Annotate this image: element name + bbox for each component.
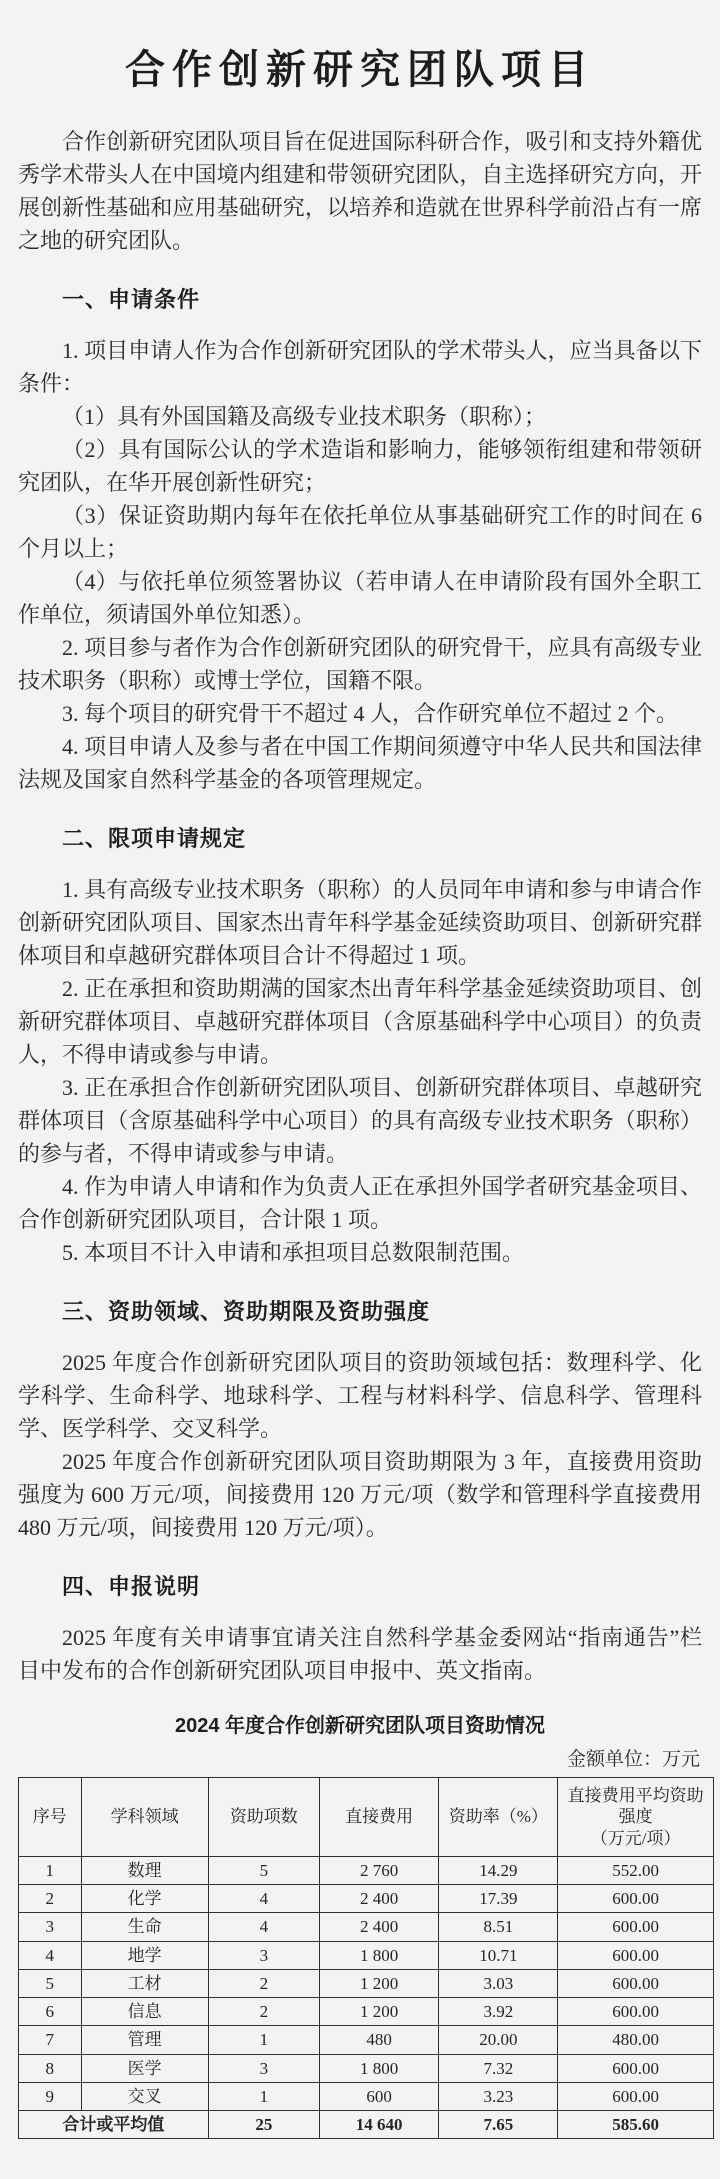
table-header-cell: 资助率（%） [439,1778,558,1857]
table-cell-field: 管理 [81,2026,208,2054]
paragraph: （1）具有外国国籍及高级专业技术职务（职称）； [18,400,702,433]
table-cell-rate: 3.23 [439,2082,558,2110]
table-header-row: 序号 学科领域 资助项数 直接费用 资助率（%） 直接费用平均资助强度 （万元/… [19,1778,714,1857]
table-header-cell: 序号 [19,1778,82,1857]
table-cell-avg: 600.00 [558,2082,714,2110]
paragraph: 3. 正在承担合作创新研究团队项目、创新研究群体项目、卓越研究群体项目（含原基础… [18,1071,702,1170]
table-cell-seq: 3 [19,1913,82,1941]
table-cell-seq: 5 [19,1969,82,1997]
paragraph: （4）与依托单位须签署协议（若申请人在申请阶段有国外全职工作单位，须请国外单位知… [18,565,702,631]
table-cell-field: 工材 [81,1969,208,1997]
paragraph: （2）具有国际公认的学术造诣和影响力，能够领衔组建和带领研究团队，在华开展创新性… [18,433,702,499]
table-cell-seq: 1 [19,1856,82,1884]
table-cell-seq: 4 [19,1941,82,1969]
table-cell-rate: 3.92 [439,1998,558,2026]
table-cell-rate: 10.71 [439,1941,558,1969]
table-cell-avg: 600.00 [558,1885,714,1913]
table-cell-direct-cost: 2 400 [319,1885,439,1913]
paragraph: 5. 本项目不计入申请和承担项目总数限制范围。 [18,1236,702,1269]
paragraph: 2025 年度有关申请事宜请关注自然科学基金委网站“指南通告”栏目中发布的合作创… [18,1621,702,1687]
table-cell-count: 3 [208,1941,319,1969]
table-cell-field: 生命 [81,1913,208,1941]
table-cell-count: 5 [208,1856,319,1884]
paragraph: 2025 年度合作创新研究团队项目的资助领域包括：数理科学、化学科学、生命科学、… [18,1346,702,1445]
section-heading-application-conditions: 一、申请条件 [18,283,702,314]
paragraph: 4. 项目申请人及参与者在中国工作期间须遵守中华人民共和国法律法规及国家自然科学… [18,730,702,796]
table-header-cell: 直接费用 [319,1778,439,1857]
paragraph: 4. 作为申请人申请和作为负责人正在承担外国学者研究基金项目、合作创新研究团队项… [18,1170,702,1236]
table-header-cell: 直接费用平均资助强度 （万元/项） [558,1778,714,1857]
table-header-cell: 学科领域 [81,1778,208,1857]
table-title: 2024 年度合作创新研究团队项目资助情况 [18,1709,702,1738]
table-cell-count: 1 [208,2026,319,2054]
table-cell-rate: 17.39 [439,1885,558,1913]
table-cell-direct-cost: 1 800 [319,2054,439,2082]
table-header-cell-main: 直接费用平均资助强度 [560,1785,711,1828]
table-cell-field: 交叉 [81,2082,208,2110]
table-cell-direct-cost: 2 760 [319,1856,439,1884]
table-cell-seq: 6 [19,1998,82,2026]
paragraph: （3）保证资助期内每年在依托单位从事基础研究工作的时间在 6 个月以上； [18,499,702,565]
document-page: 合作创新研究团队项目 合作创新研究团队项目旨在促进国际科研合作，吸引和支持外籍优… [0,0,720,2179]
page-title: 合作创新研究团队项目 [18,38,702,95]
paragraph: 2. 项目参与者作为合作创新研究团队的研究骨干，应具有高级专业技术职务（职称）或… [18,631,702,697]
table-cell-count: 1 [208,2082,319,2110]
table-total-direct-cost: 14 640 [319,2111,439,2139]
table-row: 5 工材 2 1 200 3.03 600.00 [19,1969,714,1997]
table-cell-rate: 8.51 [439,1913,558,1941]
table-header-cell-sub: （万元/项） [560,1828,711,1849]
table-cell-seq: 9 [19,2082,82,2110]
table-cell-avg: 600.00 [558,1998,714,2026]
table-cell-count: 2 [208,1969,319,1997]
section-heading-funding-scope: 三、资助领域、资助期限及资助强度 [18,1295,702,1326]
table-row: 1 数理 5 2 760 14.29 552.00 [19,1856,714,1884]
paragraph: 3. 每个项目的研究骨干不超过 4 人，合作研究单位不超过 2 个。 [18,697,702,730]
table-total-row: 合计或平均值 25 14 640 7.65 585.60 [19,2111,714,2139]
section-heading-application-notes: 四、申报说明 [18,1570,702,1601]
table-total-avg: 585.60 [558,2111,714,2139]
table-cell-field: 地学 [81,1941,208,1969]
table-row: 9 交叉 1 600 3.23 600.00 [19,2082,714,2110]
table-cell-rate: 3.03 [439,1969,558,1997]
table-cell-field: 数理 [81,1856,208,1884]
table-cell-count: 4 [208,1885,319,1913]
table-row: 6 信息 2 1 200 3.92 600.00 [19,1998,714,2026]
table-row: 3 生命 4 2 400 8.51 600.00 [19,1913,714,1941]
table-row: 8 医学 3 1 800 7.32 600.00 [19,2054,714,2082]
table-cell-avg: 600.00 [558,1969,714,1997]
table-cell-direct-cost: 1 200 [319,1969,439,1997]
table-cell-field: 信息 [81,1998,208,2026]
table-cell-direct-cost: 1 800 [319,1941,439,1969]
paragraph: 2025 年度合作创新研究团队项目资助期限为 3 年，直接费用资助强度为 600… [18,1445,702,1544]
table-cell-avg: 480.00 [558,2026,714,2054]
table-row: 7 管理 1 480 20.00 480.00 [19,2026,714,2054]
table-cell-direct-cost: 1 200 [319,1998,439,2026]
table-cell-count: 4 [208,1913,319,1941]
section-heading-application-limits: 二、限项申请规定 [18,822,702,853]
paragraph: 2. 正在承担和资助期满的国家杰出青年科学基金延续资助项目、创新研究群体项目、卓… [18,972,702,1071]
table-unit-note: 金额单位：万元 [18,1744,700,1771]
table-cell-seq: 2 [19,1885,82,1913]
paragraph: 1. 项目申请人作为合作创新研究团队的学术带头人，应当具备以下条件： [18,334,702,400]
table-cell-count: 3 [208,2054,319,2082]
table-total-count: 25 [208,2111,319,2139]
table-cell-avg: 600.00 [558,1941,714,1969]
table-cell-rate: 7.32 [439,2054,558,2082]
table-cell-avg: 552.00 [558,1856,714,1884]
table-cell-direct-cost: 600 [319,2082,439,2110]
table-row: 4 地学 3 1 800 10.71 600.00 [19,1941,714,1969]
funding-table: 序号 学科领域 资助项数 直接费用 资助率（%） 直接费用平均资助强度 （万元/… [18,1777,714,2139]
table-cell-seq: 7 [19,2026,82,2054]
table-cell-avg: 600.00 [558,2054,714,2082]
table-total-label: 合计或平均值 [19,2111,209,2139]
table-cell-field: 医学 [81,2054,208,2082]
table-cell-rate: 20.00 [439,2026,558,2054]
table-cell-avg: 600.00 [558,1913,714,1941]
table-cell-rate: 14.29 [439,1856,558,1884]
table-cell-field: 化学 [81,1885,208,1913]
table-row: 2 化学 4 2 400 17.39 600.00 [19,1885,714,1913]
intro-paragraph: 合作创新研究团队项目旨在促进国际科研合作，吸引和支持外籍优秀学术带头人在中国境内… [18,125,702,257]
table-cell-direct-cost: 2 400 [319,1913,439,1941]
table-total-rate: 7.65 [439,2111,558,2139]
table-header-cell: 资助项数 [208,1778,319,1857]
table-cell-seq: 8 [19,2054,82,2082]
table-cell-direct-cost: 480 [319,2026,439,2054]
paragraph: 1. 具有高级专业技术职务（职称）的人员同年申请和参与申请合作创新研究团队项目、… [18,873,702,972]
table-cell-count: 2 [208,1998,319,2026]
